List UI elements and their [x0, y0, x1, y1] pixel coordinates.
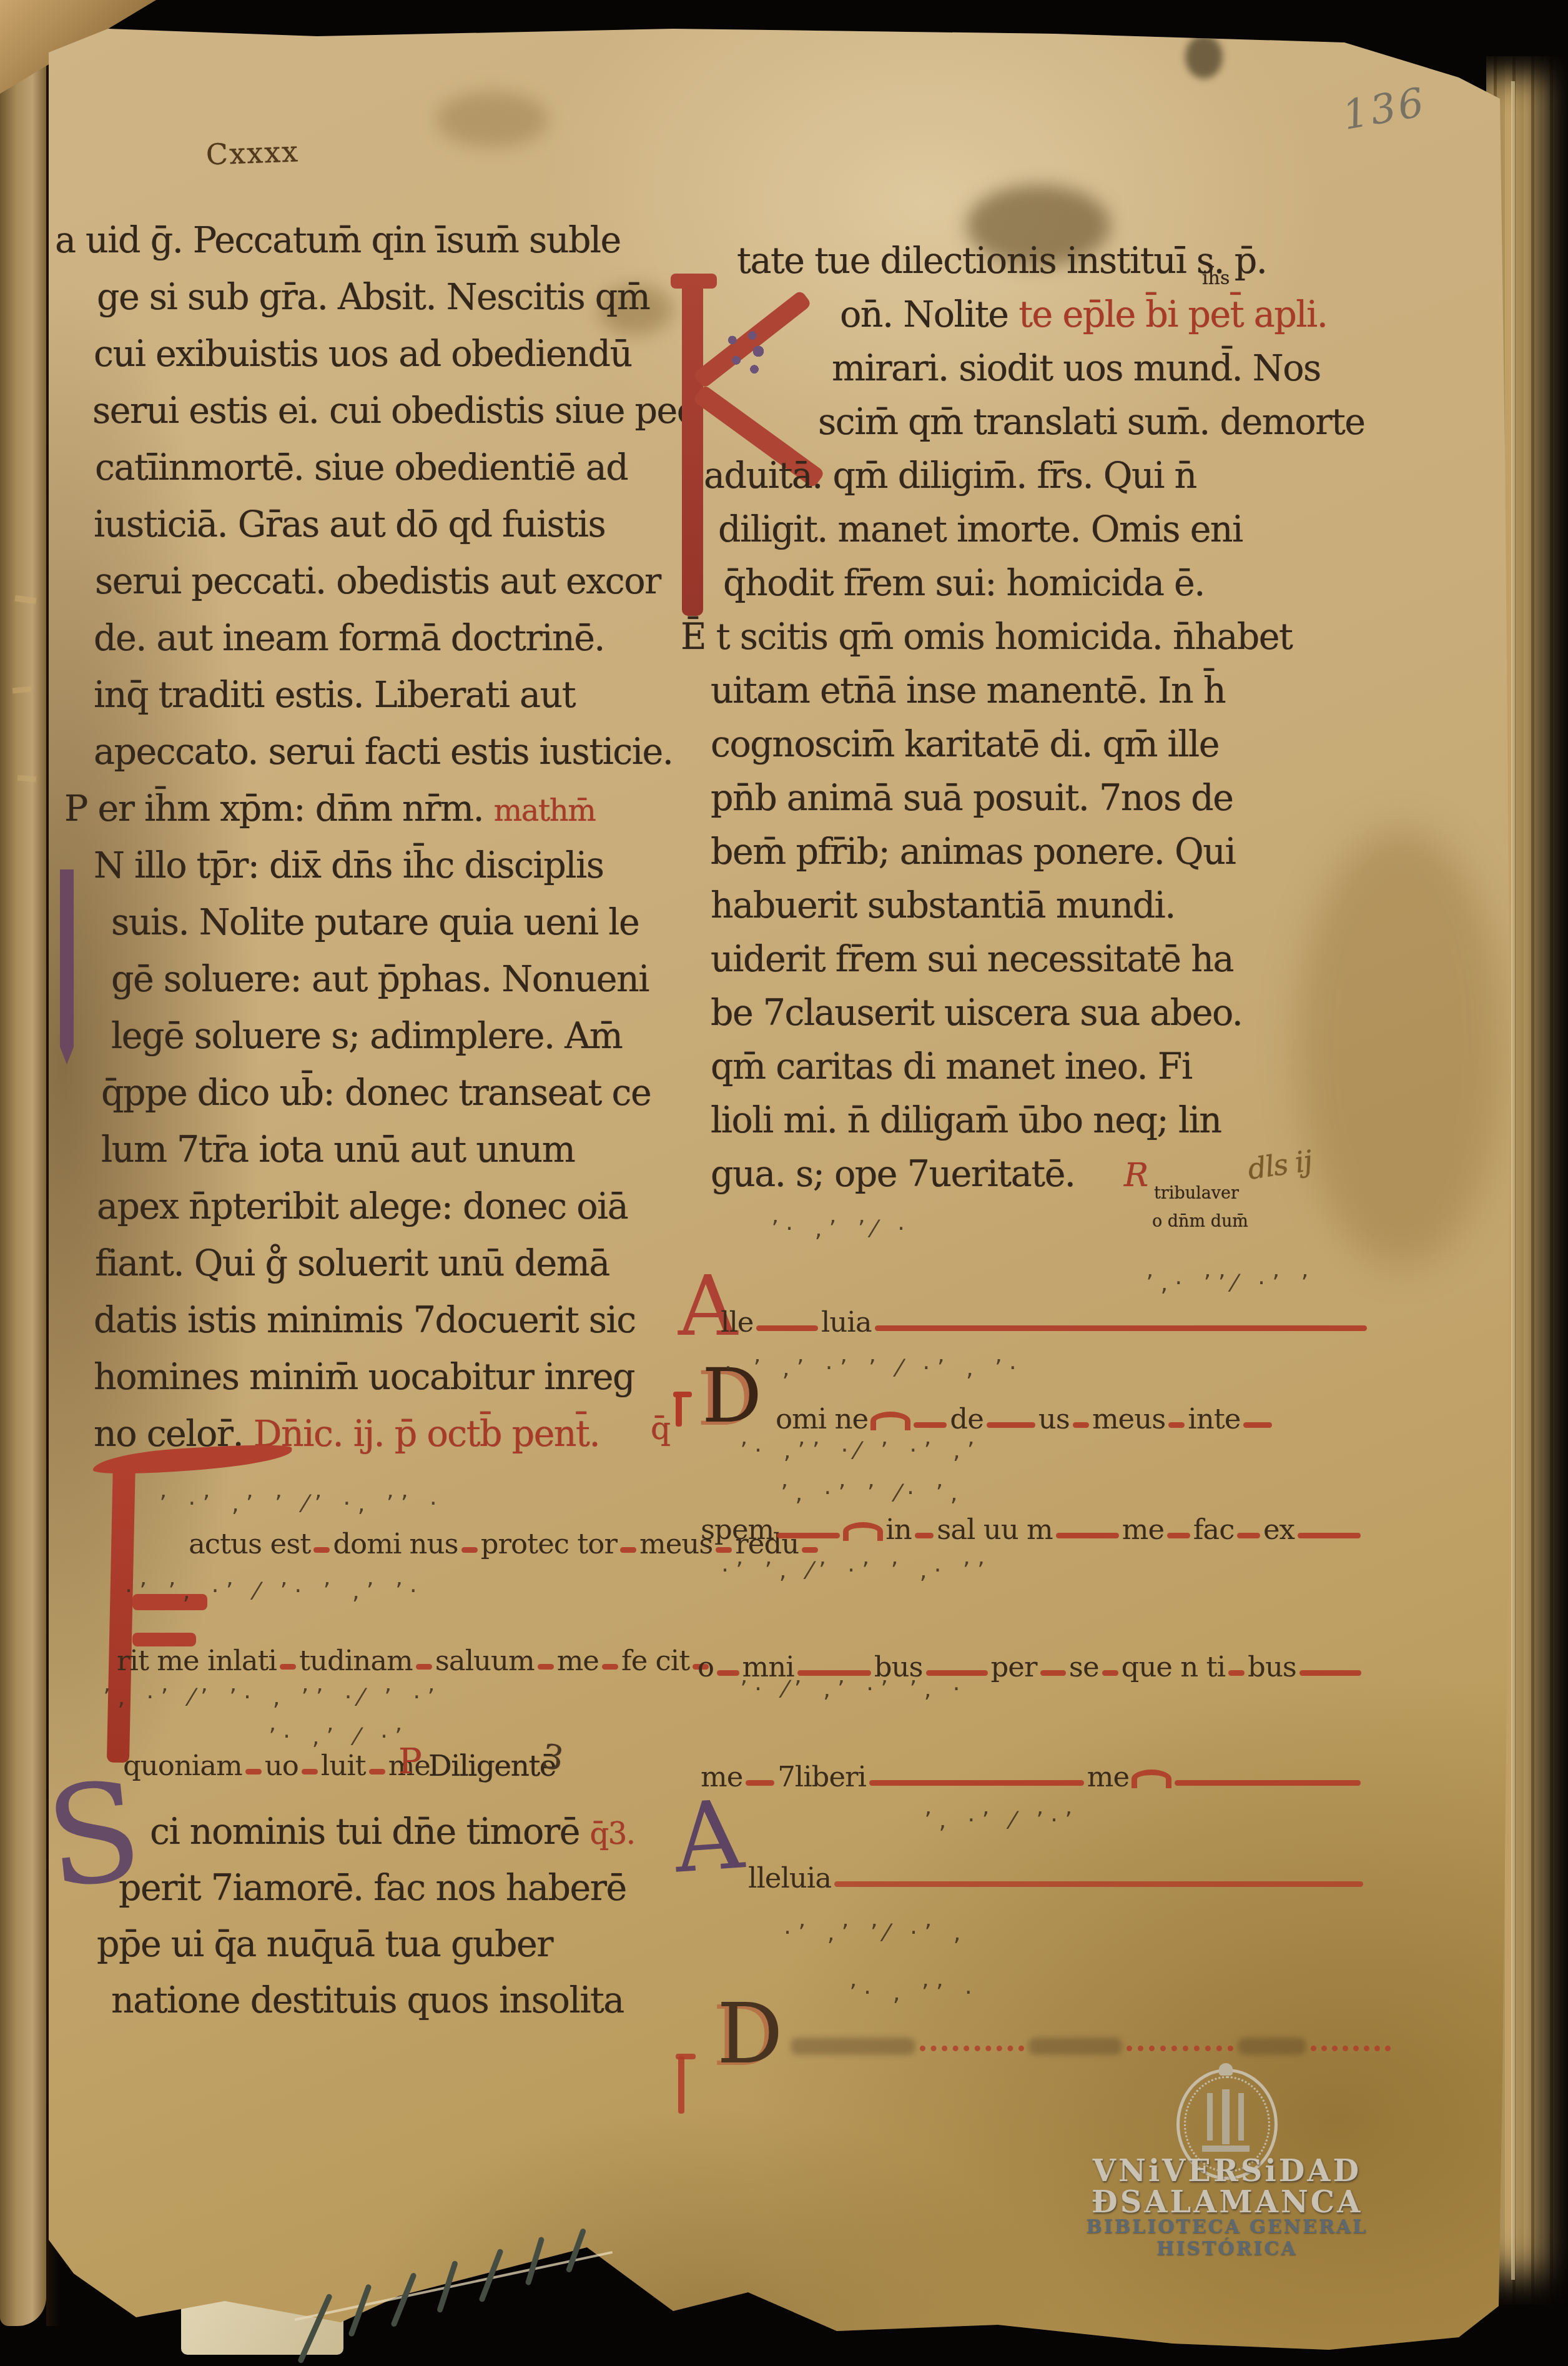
neumes: · ’ ‚’ ·’ ’ ⁄ ·’ ‚ ’· — [724, 1354, 1023, 1382]
text-line: diligit. manet imorte. Omis eni — [718, 509, 1243, 550]
page-edge-highlight — [1511, 81, 1515, 2280]
verse-mark-red — [678, 2056, 684, 2114]
text-line: inq̄ traditi estis. Liberati aut — [94, 675, 575, 716]
faded-ink — [1028, 2037, 1122, 2055]
initial-k-ornament-dots — [724, 331, 764, 376]
initial-k-serif — [671, 274, 717, 289]
text-line: fiant. Qui g̊ soluerit unū demā — [95, 1243, 609, 1284]
neumes: ·’ ’‚ ·’ ⁄ ’· ’ ‚’ ’· — [125, 1577, 424, 1605]
faded-ink — [791, 2037, 915, 2055]
text-line: q̄hodit fr̄em sui: homicida ē. — [723, 563, 1205, 604]
chant-line-factus: actus est domi nus protec tor meus redu — [187, 1527, 663, 1560]
text-line: suis. Nolite putare quia ueni le — [111, 902, 639, 943]
seal-crown-icon — [1219, 2063, 1233, 2076]
initial-k-stem — [682, 279, 703, 616]
text-line: iusticiā. Gr̄as aut dō qd fuistis — [94, 504, 605, 545]
text-line: aduitā. qm̄ diligim̄. fr̄s. Qui n̄ — [704, 455, 1196, 497]
text-line: tate tue dilectionis instituī s. p̄. — [737, 240, 1266, 282]
psalm-incipit: Diligentē — [428, 1749, 556, 1783]
chant-line-liberantes: me 7liberi me — [699, 1760, 1363, 1793]
initial-a-alleluia-2: A — [672, 1796, 746, 1877]
faded-ink — [1238, 2037, 1306, 2055]
text-line: scim̄ qm̄ translati sum̄. demorte — [818, 402, 1365, 443]
text-line: uiderit fr̄em sui necessitatē ha — [711, 939, 1233, 980]
manuscript-photograph: Cxxxx 136 a uid ḡ. Peccatum̄ qin īsum̄ s… — [0, 0, 1568, 2366]
neumes: ’· ‚’ ⁄ ·’ — [269, 1723, 409, 1750]
verse-mark-red — [676, 1394, 682, 1427]
text-line: serui peccati. obedistis aut excor — [95, 561, 661, 602]
neumes: ’· ‚’ ’⁄ · — [771, 1215, 912, 1242]
text-line: be 7clauserit uiscera sua abeo. — [711, 992, 1242, 1034]
text-line: ge si sub gr̄a. Absit. Nescitis qm̄ — [97, 277, 649, 318]
neumes: ’· ⁄’ ‚’ ·’ ’‚ · — [740, 1675, 967, 1703]
chant-line-spem: spem in sal uu m me fac ex — [699, 1513, 1363, 1546]
text-line: lioli mi. n̄ diligam̄ ūbo neq; lin — [711, 1100, 1221, 1141]
text-line: apex n̄pteribit alege: donec oiā — [97, 1186, 628, 1227]
text-line: serui estis ei. cui obedistis siue pec — [92, 390, 696, 432]
chant-line-alleluia-2: lleluia — [747, 1861, 1365, 1894]
initial-i-bar — [60, 869, 74, 1064]
folio-header: Cxxxx — [205, 134, 300, 171]
neumes: ’‚ ·’ ’ ⁄· ’‚ — [781, 1479, 964, 1507]
text-line-with-rubric: ci nominis tui dn̄e timorē q̄3. — [150, 1811, 635, 1853]
neumes: ’· ‚ ’’ · — [849, 1979, 979, 2006]
text-line: catīinmortē. siue obedientiē ad — [95, 447, 628, 488]
text-line: pn̄b animā suā posuit. 7nos de — [711, 778, 1233, 819]
stamp-university: VNiVERSiDAD — [1055, 2154, 1399, 2189]
responsory-mark: R — [1124, 1157, 1148, 1194]
rubric-mark: q̄ — [651, 1410, 670, 1447]
stamp-library: BIBLIOTECA GENERAL HISTÓRICA — [1055, 2216, 1399, 2260]
chant-line-quoniam: quoniam uo luit me — [122, 1749, 390, 1782]
text-line-with-rubric: on̄. Nolite te ep̄le b̄i pet̄ apli. — [840, 294, 1327, 335]
chant-line-faded — [788, 2037, 1393, 2060]
text-line: habuerit substantiā mundi. — [711, 885, 1175, 926]
text-line: legē soluere s; adimplere. Am̄ — [111, 1016, 622, 1057]
text-line: de. aut ineam formā doctrinē. — [94, 618, 604, 659]
verse-mark-red — [673, 1392, 692, 1397]
text-line: N illo tp̄r: dix̄ dn̄s ih̄c disciplis — [94, 845, 603, 886]
text-line: cui exibuistis uos ad obediendū — [94, 334, 632, 375]
neumes: ’· ‚’’ ·⁄ ’ ·’ ‚’ — [740, 1437, 982, 1464]
text-line-with-rubric: P er ih̄m xp̄m: dn̄m nr̄m. mathm̄ — [64, 788, 595, 829]
text-line: qm̄ caritas di manet ineo. Fi — [711, 1046, 1192, 1087]
text-line: a uid ḡ. Peccatum̄ qin īsum̄ suble — [55, 220, 621, 261]
neumes: ’‚· ’’⁄ ·’ ’ — [1146, 1269, 1315, 1297]
book-binding-edge — [0, 0, 46, 2326]
text-line: bem̄ pfr̄ib; animas ponere. Qui — [711, 831, 1235, 873]
chant-line-alleluia-1: lle luia — [719, 1305, 1369, 1339]
margin-note: o dn̄m dum̄ — [1152, 1212, 1248, 1231]
text-line: pp̄e ui q̄a nuq̄uā tua guber — [97, 1924, 553, 1965]
text-line-with-rubric: gua. s; ope 7ueritatē. — [711, 1154, 1075, 1195]
text-line: uitam etn̄ā inse manentē. In h̄ — [711, 670, 1225, 711]
neumes: ·’ ‚’ ’⁄ ·’ ‚ — [784, 1919, 967, 1946]
text-line: q̄ppe dico ub̄: donec transeat ce — [101, 1072, 651, 1114]
text-line: gē soluere: aut p̄phas. Nonueni — [111, 959, 649, 1000]
stamp-salamanca: ÐSALAMANCA — [1055, 2185, 1399, 2220]
text-line: perit 7iamorē. fac nos haberē — [119, 1868, 626, 1909]
text-line: homines minim̄ uocabitur inreg — [94, 1357, 634, 1398]
text-line: apeccato. serui facti estis iusticie. — [94, 731, 673, 773]
margin-note: tribulaver — [1154, 1184, 1239, 1203]
text-line: mirari. siodit uos mund̄. Nos — [832, 348, 1321, 389]
text-line: lum 7tr̄a iota unū aut unum — [101, 1129, 574, 1171]
text-line: Ē t scitis qm̄ omis homicida. n̄habet — [681, 616, 1292, 658]
chant-line-salvum: rit me inlati tudinam saluum me fe cit — [116, 1644, 664, 1677]
stain — [436, 91, 548, 147]
initial-d-final: D — [717, 2002, 783, 2068]
text-line: cognoscim̄ karitatē di. qm̄ ille — [711, 724, 1219, 765]
interlinear-gloss: ih̄s — [1202, 267, 1230, 289]
text-line: natione destituis quos insolita — [111, 1980, 624, 2021]
neumes: ’‚ ·’ ⁄ ’·’ — [924, 1806, 1079, 1834]
stain — [1298, 828, 1504, 1265]
neumes: ’‚ ·’ ⁄’ ’· ‚ ’’ ·⁄ ’ ·’ — [103, 1683, 441, 1711]
text-line-with-rubric: no celor̄. Dn̄ic. ij. p̄ octb̄ pent̄. — [94, 1413, 599, 1455]
neumes: ’ ·’ ‚’ ’ ⁄’ ·‚ ’’ · — [159, 1490, 444, 1517]
chant-line-domine: omi ne de us meus inte — [774, 1402, 1274, 1435]
text-line: datis istis minimis 7docuerit sic — [94, 1300, 636, 1341]
ink-spot — [1185, 35, 1223, 79]
neumes: ·’ ’‚ ⁄’ ·’ ’ ‚· ’’ — [721, 1557, 992, 1584]
verse-mark-red — [676, 2054, 696, 2059]
